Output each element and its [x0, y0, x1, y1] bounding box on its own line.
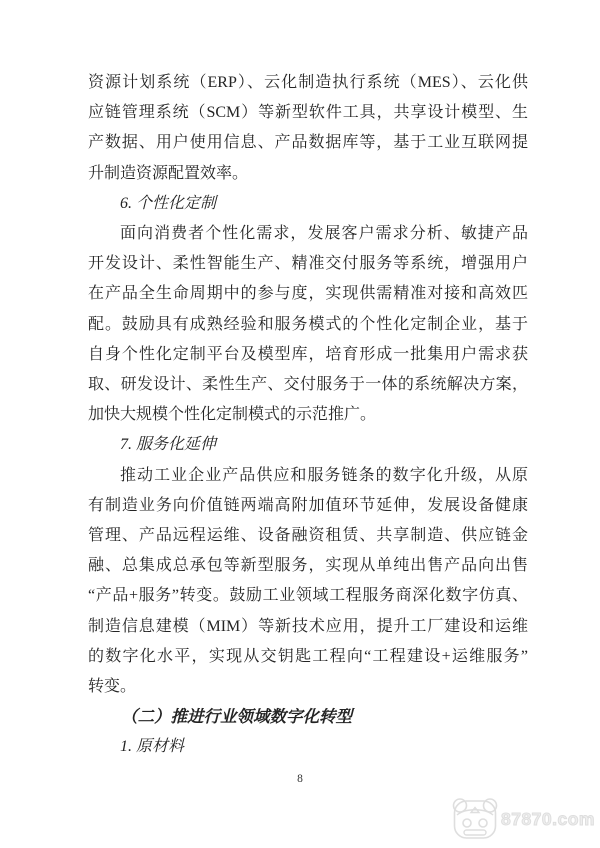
heading-line: 7. 服务化延伸 — [88, 430, 528, 460]
document-body: 资源计划系统（ERP）、云化制造执行系统（MES）、云化供应链管理系统（SCM）… — [88, 68, 528, 763]
bear-logo-icon — [451, 796, 499, 842]
watermark: 87870.com — [451, 796, 595, 842]
text-line: 开发设计、柔性智能生产、精准交付服务等系统，增强用户 — [88, 249, 528, 279]
text-line: 升制造资源配置效率。 — [88, 159, 528, 189]
page-number: 8 — [0, 773, 600, 785]
heading-line: （二）推进行业领域数字化转型 — [88, 702, 528, 732]
text-line: 配。鼓励具有成熟经验和服务模式的个性化定制企业，基于 — [88, 310, 528, 340]
text-line: 有制造业务向价值链两端高附加值环节延伸，发展设备健康 — [88, 491, 528, 521]
text-line: 加快大规模个性化定制模式的示范推广。 — [88, 400, 528, 430]
text-line: 制造信息建模（MIM）等新技术应用，提升工厂建设和运维 — [88, 612, 528, 642]
text-line: 管理、产品远程运维、设备融资租赁、共享制造、供应链金 — [88, 521, 528, 551]
text-line: 应链管理系统（SCM）等新型软件工具，共享设计模型、生 — [88, 98, 528, 128]
text-line: 在产品全生命周期中的参与度，实现供需精准对接和高效匹 — [88, 279, 528, 309]
text-line: 的数字化水平，实现从交钥匙工程向“工程建设+运维服务” — [88, 642, 528, 672]
document-page: 资源计划系统（ERP）、云化制造执行系统（MES）、云化供应链管理系统（SCM）… — [0, 0, 600, 848]
text-line: 推动工业企业产品供应和服务链条的数字化升级，从原 — [88, 461, 528, 491]
text-line: 转变。 — [88, 672, 528, 702]
text-line: 面向消费者个性化需求，发展客户需求分析、敏捷产品 — [88, 219, 528, 249]
text-line: 自身个性化定制平台及模型库，培育形成一批集用户需求获 — [88, 340, 528, 370]
heading-line: 1. 原材料 — [88, 732, 528, 762]
text-line: 取、研发设计、柔性生产、交付服务于一体的系统解决方案， — [88, 370, 528, 400]
text-line: 融、总集成总承包等新型服务，实现从单纯出售产品向出售 — [88, 551, 528, 581]
text-line: 资源计划系统（ERP）、云化制造执行系统（MES）、云化供 — [88, 68, 528, 98]
text-line: “产品+服务”转变。鼓励工业领域工程服务商深化数字仿真、 — [88, 581, 528, 611]
heading-line: 6. 个性化定制 — [88, 189, 528, 219]
text-line: 产数据、用户使用信息、产品数据库等，基于工业互联网提 — [88, 128, 528, 158]
watermark-text: 87870.com — [501, 809, 595, 830]
